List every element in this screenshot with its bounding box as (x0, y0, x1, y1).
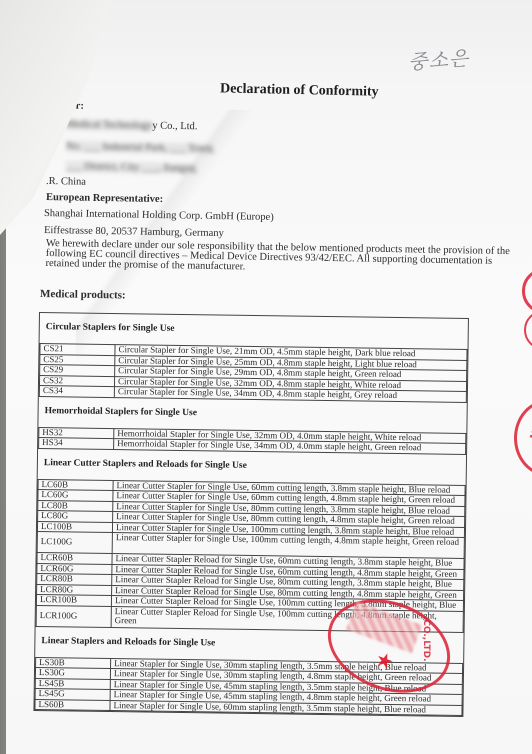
redacted-seal-text (346, 601, 422, 653)
redacted-text: No. ___ Industrial Park, ___ Town, (66, 141, 215, 155)
eu-rep-address: Eiffestrasse 80, 20537 Hamburg, Germany (44, 225, 224, 239)
product-code: LC100G (37, 531, 112, 553)
manufacturer-line-2: No. ___ Industrial Park, ___ Town, (66, 141, 215, 155)
redacted-text: ___ District, City ___, Jiangsu, (66, 161, 197, 174)
section-table: CS21Circular Stapler for Single Use, 21m… (39, 343, 468, 402)
edge-seal-stamp (524, 310, 532, 350)
seal-text: CO.,LTD. (421, 619, 431, 661)
eu-rep-name: Shanghai International Holding Corp. Gmb… (44, 208, 274, 223)
eu-rep-label: European Representative: (46, 192, 163, 205)
manufacturer-country: .R. China (46, 176, 86, 188)
edge-seal-stamp (522, 268, 532, 314)
edge-seal-stamp: MEDIC (514, 400, 532, 476)
product-code: HS34 (39, 438, 114, 450)
manufacturer-line-3: ___ District, City ___, Jiangsu, (66, 161, 197, 174)
redacted-text: Medical Technology (66, 119, 152, 132)
product-code: CS34 (39, 386, 114, 398)
product-code: LS60B (35, 699, 110, 711)
product-code: LCR100G (36, 605, 111, 627)
product-code: LCR100B (36, 594, 111, 606)
handwritten-note: 중소은 (407, 42, 470, 75)
document-page: 중소은 Declaration of Conformity ufacturer:… (6, 0, 532, 754)
product-code: LC100B (37, 521, 112, 533)
products-heading: Medical products: (40, 288, 126, 301)
declaration-paragraph: We herewith declare under our sole respo… (45, 239, 511, 277)
manufacturer-name-suffix: y Co., Ltd. (152, 121, 197, 133)
document-title: Declaration of Conformity (220, 81, 379, 100)
star-icon: ★ (372, 646, 397, 675)
manufacturer-line-1: Medical Technologyy Co., Ltd. (66, 119, 198, 132)
